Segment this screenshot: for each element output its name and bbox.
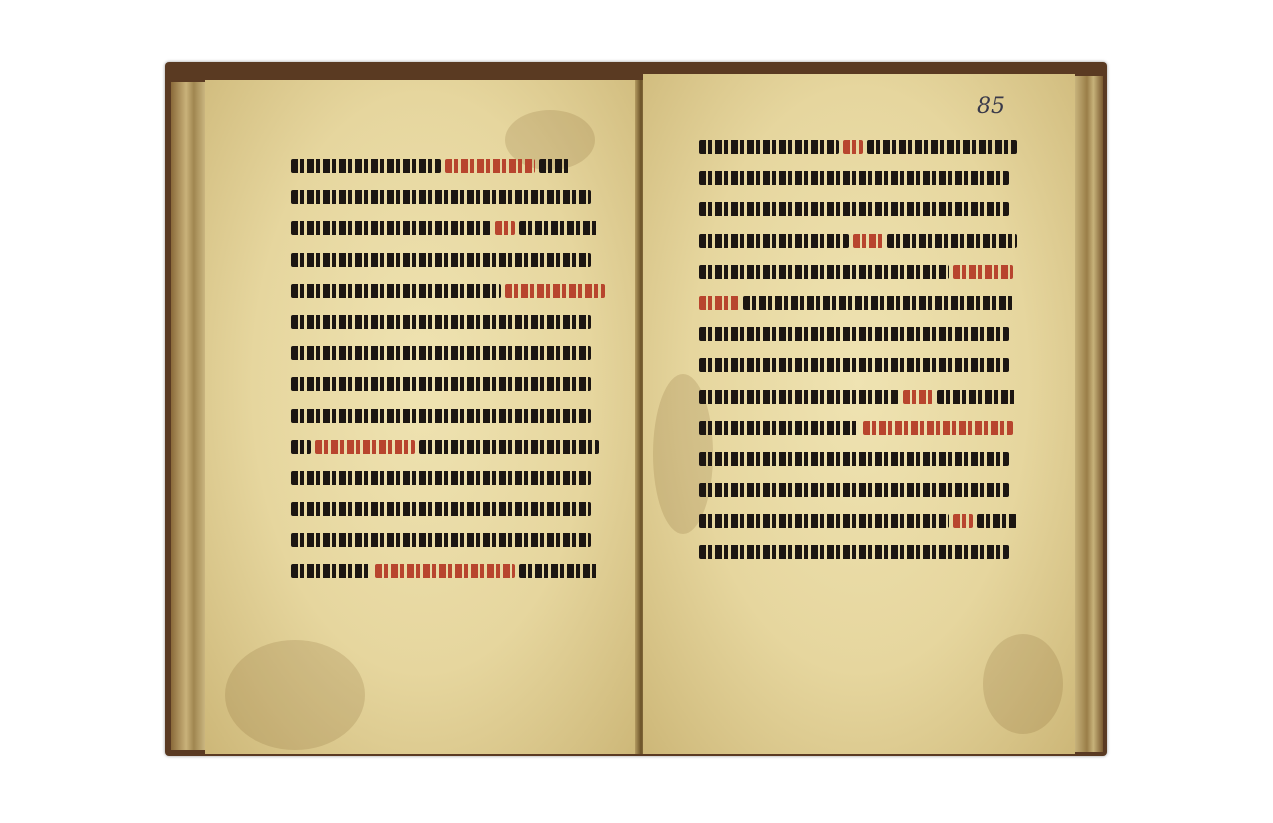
right-page: 85 (643, 74, 1075, 754)
folio-number: 85 (977, 94, 1005, 119)
text-line (291, 280, 605, 302)
text-line (291, 155, 605, 177)
ink-text (291, 221, 491, 235)
ink-text (867, 140, 1017, 154)
rubric-text (853, 234, 883, 248)
rubric-text (903, 390, 933, 404)
page-edges-right (1071, 76, 1103, 752)
ink-text (291, 377, 591, 391)
ink-text (519, 564, 599, 578)
ink-text (291, 502, 591, 516)
text-line (291, 560, 605, 582)
text-line (699, 167, 1017, 189)
rubric-text (863, 421, 1013, 435)
ink-text (699, 140, 839, 154)
ink-text (291, 409, 591, 423)
ink-text (699, 202, 1009, 216)
text-line (291, 529, 605, 551)
rubric-text (375, 564, 515, 578)
ink-text (291, 253, 591, 267)
text-line (699, 230, 1017, 252)
left-page (205, 80, 639, 754)
text-line (291, 436, 605, 458)
right-page-text (699, 136, 1017, 573)
ink-text (699, 171, 1009, 185)
ink-text (291, 533, 591, 547)
ink-text (419, 440, 599, 454)
rubric-text (315, 440, 415, 454)
rubric-text (699, 296, 739, 310)
rubric-text (843, 140, 863, 154)
text-line (699, 261, 1017, 283)
ink-text (699, 390, 899, 404)
ink-text (699, 483, 1009, 497)
text-line (291, 249, 605, 271)
text-line (291, 373, 605, 395)
ink-text (291, 284, 501, 298)
rubric-text (445, 159, 535, 173)
text-line (699, 354, 1017, 376)
text-line (699, 510, 1017, 532)
ink-text (291, 471, 591, 485)
rubric-text (495, 221, 515, 235)
text-line (699, 479, 1017, 501)
ink-text (699, 265, 949, 279)
ink-text (291, 346, 591, 360)
text-line (699, 541, 1017, 563)
text-line (291, 342, 605, 364)
text-line (699, 292, 1017, 314)
text-line (699, 323, 1017, 345)
text-line (699, 386, 1017, 408)
ink-text (539, 159, 569, 173)
manuscript-book: 85 (165, 62, 1107, 756)
text-line (291, 498, 605, 520)
ink-text (977, 514, 1017, 528)
rubric-text (953, 265, 1013, 279)
stain (983, 634, 1063, 734)
ink-text (887, 234, 1017, 248)
ink-text (519, 221, 599, 235)
ink-text (699, 514, 949, 528)
text-line (291, 186, 605, 208)
rubric-text (505, 284, 605, 298)
ink-text (699, 327, 1009, 341)
text-line (291, 217, 605, 239)
ink-text (291, 564, 371, 578)
ink-text (291, 190, 591, 204)
left-page-text (291, 155, 605, 592)
ink-text (743, 296, 1013, 310)
text-line (699, 448, 1017, 470)
page-edges-left (171, 82, 209, 750)
text-line (699, 136, 1017, 158)
text-line (291, 311, 605, 333)
ink-text (699, 421, 859, 435)
ink-text (291, 315, 591, 329)
ink-text (291, 440, 311, 454)
rubric-text (953, 514, 973, 528)
ink-text (937, 390, 1017, 404)
ink-text (291, 159, 441, 173)
stain (225, 640, 365, 750)
text-line (291, 405, 605, 427)
text-line (699, 417, 1017, 439)
ink-text (699, 358, 1009, 372)
ink-text (699, 452, 1009, 466)
text-line (291, 467, 605, 489)
ink-text (699, 545, 1009, 559)
text-line (699, 198, 1017, 220)
ink-text (699, 234, 849, 248)
